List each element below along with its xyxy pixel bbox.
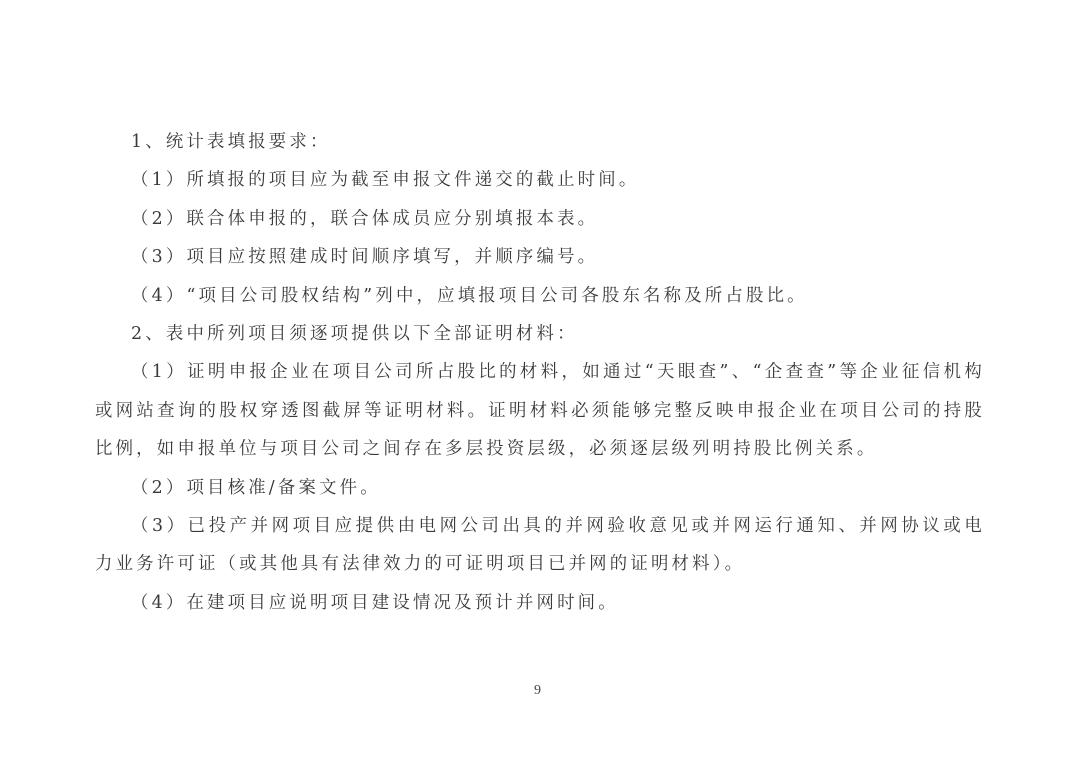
requirement-item: （1）所填报的项目应为截至申报文件递交的截止时间。 [95,161,985,199]
document-body: 1、统计表填报要求： （1）所填报的项目应为截至申报文件递交的截止时间。 （2）… [95,123,985,622]
proof-item: （4）在建项目应说明项目建设情况及预计并网时间。 [95,584,985,622]
requirement-item: （2）联合体申报的，联合体成员应分别填报本表。 [95,200,985,238]
document-page: 1、统计表填报要求： （1）所填报的项目应为截至申报文件递交的截止时间。 （2）… [0,0,1080,763]
requirement-item: （3）项目应按照建成时间顺序填写，并顺序编号。 [95,238,985,276]
section-heading-proof-materials: 2、表中所列项目须逐项提供以下全部证明材料： [95,315,985,353]
section-heading-fill-requirements: 1、统计表填报要求： [95,123,985,161]
proof-item: （2）项目核准/备案文件。 [95,469,985,507]
proof-item: （3）已投产并网项目应提供由电网公司出具的并网验收意见或并网运行通知、并网协议或… [95,507,985,584]
page-number: 9 [0,683,1075,699]
requirement-item: （4）“项目公司股权结构”列中，应填报项目公司各股东名称及所占股比。 [95,277,985,315]
proof-item: （1）证明申报企业在项目公司所占股比的材料，如通过“天眼查”、“企查查”等企业征… [95,353,985,468]
